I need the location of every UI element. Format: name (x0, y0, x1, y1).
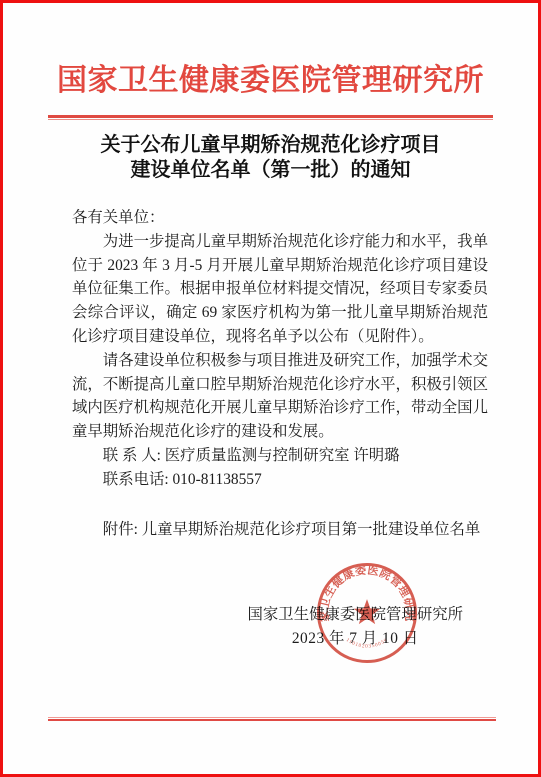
document-title-line1: 关于公布儿童早期矫治规范化诊疗项目 (3, 133, 538, 158)
footer-divider (48, 717, 496, 721)
contact-phone-line: 联系电话: 010-81138557 (72, 468, 488, 492)
contact-person-line: 联 系 人: 医疗质量监测与控制研究室 许明璐 (72, 444, 488, 468)
document-body: 各有关单位： 为进一步提高儿童早期矫治规范化诊疗能力和水平，我单位于 2023 … (72, 206, 488, 541)
signature-date: 2023 年 7 月 10 日 (248, 627, 463, 650)
header-divider (48, 115, 493, 120)
letterhead-institution: 国家卫生健康委医院管理研究所 (3, 59, 538, 103)
document-page: 国家卫生健康委医院管理研究所 关于公布儿童早期矫治规范化诊疗项目 建设单位名单（… (0, 0, 541, 777)
salutation: 各有关单位： (72, 206, 488, 230)
body-paragraph-2: 请各建设单位积极参与项目推进及研究工作，加强学术交流，不断提高儿童口腔早期矫治规… (72, 349, 488, 444)
signature-block: 国家卫生健康委医院管理研究所 2023 年 7 月 10 日 (3, 603, 538, 650)
document-title: 关于公布儿童早期矫治规范化诊疗项目 建设单位名单（第一批）的通知 (3, 133, 538, 183)
signature-institution: 国家卫生健康委医院管理研究所 (248, 603, 463, 626)
body-paragraph-1: 为进一步提高儿童早期矫治规范化诊疗能力和水平，我单位于 2023 年 3 月-5… (72, 230, 488, 349)
document-title-line2: 建设单位名单（第一批）的通知 (3, 158, 538, 183)
attachment-line: 附件: 儿童早期矫治规范化诊疗项目第一批建设单位名单 (72, 518, 488, 542)
